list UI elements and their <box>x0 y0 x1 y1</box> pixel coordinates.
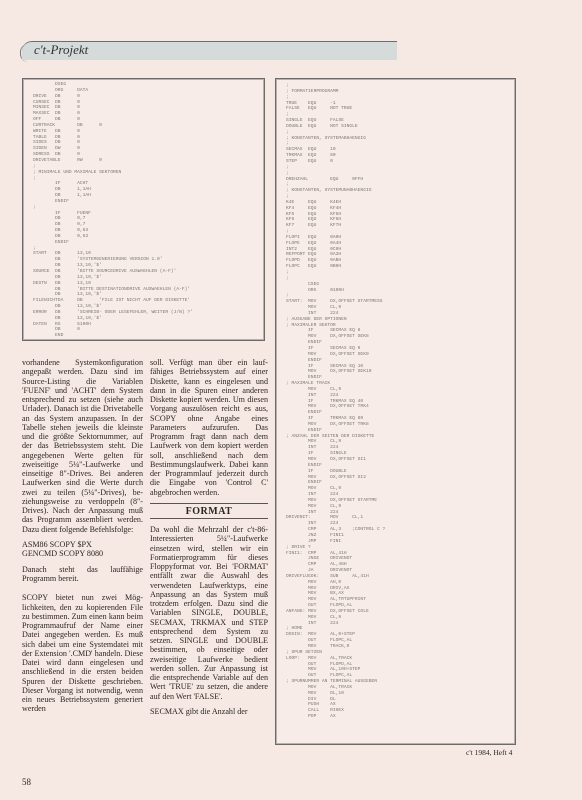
code-listing-format-program: ;; FORMATIERPROGRAMM;TRUE EQU -1FALSE EQ… <box>275 78 516 745</box>
issue-reference: c't 1984, Heft 4 <box>466 748 512 757</box>
code-line: END <box>33 333 264 339</box>
section-heading-format: FORMAT <box>150 503 268 519</box>
code-line: POP AX <box>286 714 515 720</box>
section-header-title: c't-Projekt <box>34 42 88 58</box>
article-paragraph: soll. Verfügt man über ein lauf­fähiges … <box>150 358 268 497</box>
article-paragraph: SECMAX gibt die Anzahl der <box>150 707 268 716</box>
article-paragraph: Danach steht das lauffähige Programm ber… <box>22 565 143 584</box>
article-column-1: vorhandene Systemkonfigura­tion angepaßt… <box>22 358 143 720</box>
code-listing-data-segment: DSEG ORG DATADRIVE DB 0CURSEC DB 0MINSEC… <box>22 78 265 341</box>
page-number: 58 <box>22 777 31 787</box>
article-paragraph: Da wohl die Mehrzahl der c't-86-Interess… <box>150 525 268 701</box>
article-paragraph: SCOPY bietet nun zwei Mög­lichkeiten, de… <box>22 593 143 713</box>
command-line: ASM86 SCOPY $PX <box>22 540 143 550</box>
article-column-2: soll. Verfügt man über ein lauf­fähiges … <box>150 358 268 722</box>
command-line: GENCMD SCOPY 8080 <box>22 549 143 559</box>
article-paragraph: vorhandene Systemkonfigura­tion angepaßt… <box>22 358 143 534</box>
command-sequence: ASM86 SCOPY $PX GENCMD SCOPY 8080 <box>22 540 143 559</box>
